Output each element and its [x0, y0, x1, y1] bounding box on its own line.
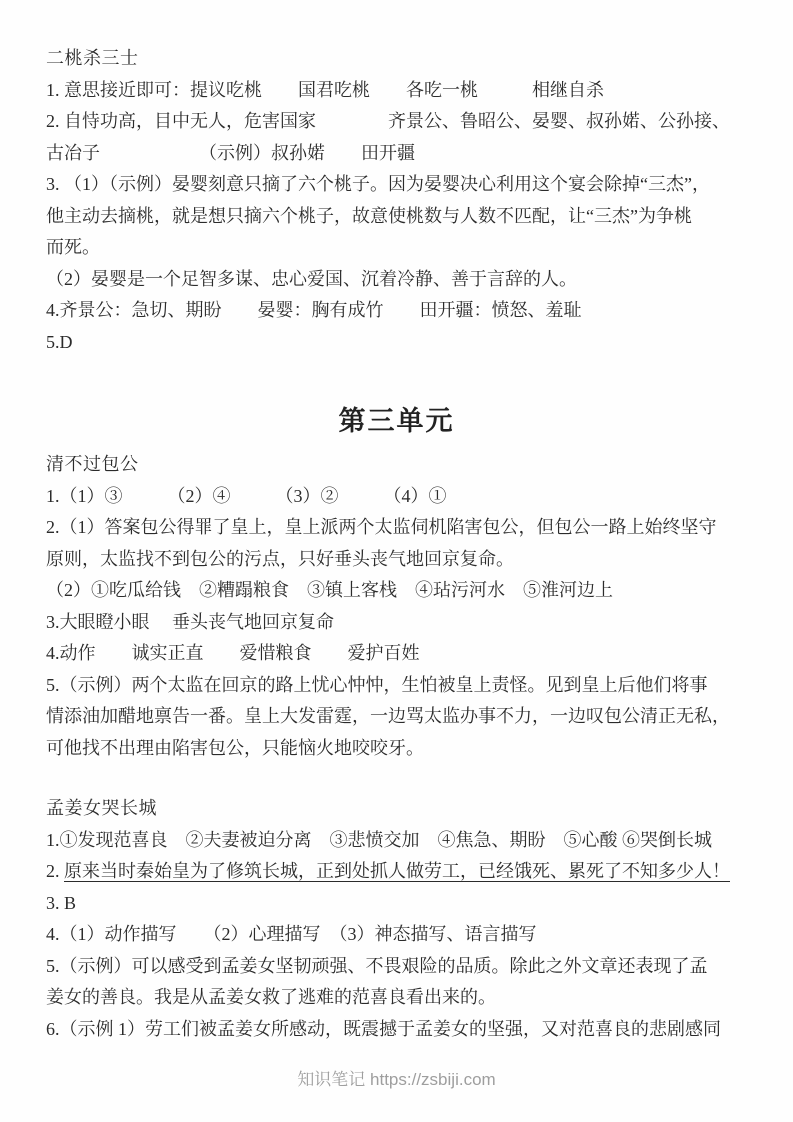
unit-title: 第三单元	[0, 399, 793, 443]
answer-line: 4.齐景公：急切、期盼 晏婴：胸有成竹 田开疆：愤怒、羞耻	[46, 295, 762, 327]
answer-line: 5.D	[46, 327, 762, 359]
answer-line: 古冶子 （示例）叔孙婼 田开疆	[46, 138, 762, 170]
passage-title: 清不过包公	[46, 449, 762, 481]
site-footer: 知识笔记 https://zsbiji.com	[0, 1068, 793, 1092]
answer-line: 2.（1）答案包公得罪了皇上，皇上派两个太监伺机陷害包公，但包公一路上始终坚守	[46, 512, 762, 544]
answer-line: 4.动作 诚实正直 爱惜粮食 爱护百姓	[46, 638, 762, 670]
answer-line: 5.（示例）可以感受到孟姜女坚韧顽强、不畏艰险的品质。除此之外文章还表现了孟	[46, 951, 762, 983]
section-qing-bu-guo-bao-gong: 清不过包公 1.（1）③ （2）④ （3）② （4）① 2.（1）答案包公得罪了…	[46, 449, 762, 764]
answer-number: 2.	[46, 861, 64, 881]
answer-line-underlined: 2. 原来当时秦始皇为了修筑长城，正到处抓人做劳工，已经饿死、累死了不知多少人！	[46, 856, 762, 888]
answer-line: 他主动去摘桃，就是想只摘六个桃子，故意使桃数与人数不匹配，让“三杰”为争桃	[46, 201, 762, 233]
answer-line: 姜女的善良。我是从孟姜女救了逃难的范喜良看出来的。	[46, 982, 762, 1014]
answer-line: 1. 意思接近即可：提议吃桃 国君吃桃 各吃一桃 相继自杀	[46, 75, 762, 107]
underlined-answer: 原来当时秦始皇为了修筑长城，正到处抓人做劳工，已经饿死、累死了不知多少人！	[64, 861, 730, 881]
answer-line: 3. B	[46, 888, 762, 920]
answer-line: 2. 自恃功高，目中无人，危害国家 齐景公、鲁昭公、晏婴、叔孙婼、公孙接、	[46, 106, 762, 138]
answer-line: 1.（1）③ （2）④ （3）② （4）①	[46, 481, 762, 513]
section-meng-jiang-nv: 孟姜女哭长城 1.①发现范喜良 ②夫妻被迫分离 ③悲愤交加 ④焦急、期盼 ⑤心酸…	[46, 793, 762, 1045]
answer-line: 而死。	[46, 232, 762, 264]
answer-line: 1.①发现范喜良 ②夫妻被迫分离 ③悲愤交加 ④焦急、期盼 ⑤心酸 ⑥哭倒长城	[46, 825, 762, 857]
passage-title: 孟姜女哭长城	[46, 793, 762, 825]
answer-line: 3. （1）（示例）晏婴刻意只摘了六个桃子。因为晏婴决心利用这个宴会除掉“三杰”…	[46, 169, 762, 201]
footer-text: 知识笔记 https://zsbiji.com	[297, 1070, 495, 1089]
answer-line: 4.（1）动作描写 （2）心理描写 （3）神态描写、语言描写	[46, 919, 762, 951]
answer-line: 可他找不出理由陷害包公，只能恼火地咬咬牙。	[46, 733, 762, 765]
answer-line: （2）晏婴是一个足智多谋、忠心爱国、沉着冷静、善于言辞的人。	[46, 264, 762, 296]
answer-line: （2）①吃瓜给钱 ②糟蹋粮食 ③镇上客栈 ④玷污河水 ⑤淮河边上	[46, 575, 762, 607]
answer-line: 6.（示例 1）劳工们被孟姜女所感动，既震撼于孟姜女的坚强，又对范喜良的悲剧感同	[46, 1014, 762, 1046]
answer-line: 情添油加醋地禀告一番。皇上大发雷霆，一边骂太监办事不力，一边叹包公清正无私，	[46, 701, 762, 733]
section-ertao-sha-san-shi: 二桃杀三士 1. 意思接近即可：提议吃桃 国君吃桃 各吃一桃 相继自杀 2. 自…	[46, 43, 762, 358]
passage-title: 二桃杀三士	[46, 43, 762, 75]
answer-line: 原则，太监找不到包公的污点，只好垂头丧气地回京复命。	[46, 544, 762, 576]
document-page: 二桃杀三士 1. 意思接近即可：提议吃桃 国君吃桃 各吃一桃 相继自杀 2. 自…	[0, 0, 793, 1122]
answer-line: 5.（示例）两个太监在回京的路上忧心忡忡，生怕被皇上责怪。见到皇上后他们将事	[46, 670, 762, 702]
answer-line: 3.大眼瞪小眼 垂头丧气地回京复命	[46, 607, 762, 639]
